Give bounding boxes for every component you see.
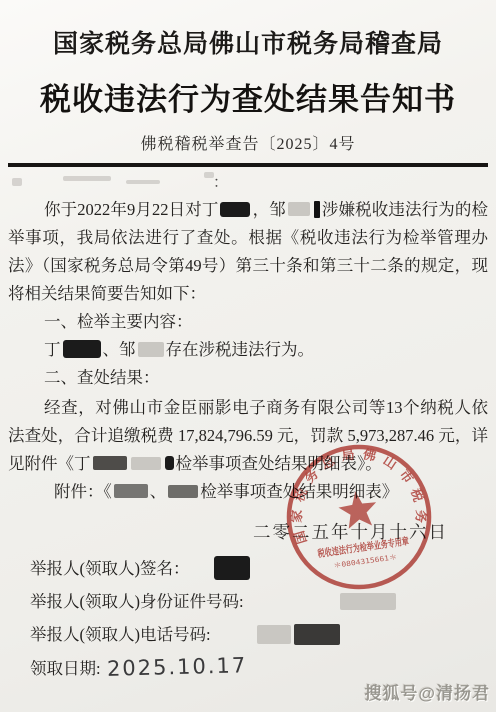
receipt-section: 举报人(领取人)签名： 举报人(领取人)身份证件号码: 举报人(领取人)电话号码… (0, 546, 496, 684)
document-header: 国家税务总局佛山市税务局稽查局 税收违法行为查处结果告知书 佛税稽税举查告〔20… (0, 0, 496, 154)
redacted-phone-1 (257, 625, 291, 644)
document-body: 你于2022年9月22日对丁，邹涉嫌税收违法行为的检举事项，我局依法进行了查处。… (0, 196, 496, 546)
section2-paragraph: 经查，对佛山市金臣丽影电子商务有限公司等13个纳税人依法查处，合计追缴税费 17… (8, 394, 488, 478)
redacted-name-2-bar (314, 201, 320, 218)
intro-text-2: ，邹 (252, 200, 285, 219)
redacted-name-8 (168, 485, 198, 498)
attachment-line: 附件：《、检举事项查处结果明细表》 (8, 478, 488, 506)
section1-heading: 一、检举主要内容： (8, 308, 488, 336)
issue-date: 二零二五年十月十六日 (8, 518, 488, 546)
attachment-text-3: 检举事项查处结果明细表》 (200, 482, 398, 501)
id-label: 举报人(领取人)身份证件号码: (30, 592, 244, 611)
signature-label: 举报人(领取人)签名： (30, 559, 190, 578)
section1-content: 丁、邹存在涉税违法行为。 (8, 336, 488, 364)
attachment-text-2: 、 (150, 482, 167, 501)
header-divider (8, 163, 488, 167)
redacted-name-6 (131, 457, 161, 470)
redacted-name-5 (93, 456, 127, 470)
paragraph-intro: 你于2022年9月22日对丁，邹涉嫌税收违法行为的检举事项，我局依法进行了查处。… (8, 196, 488, 308)
redacted-name-7 (114, 484, 148, 498)
redacted-signature (214, 556, 250, 580)
id-number-row: 举报人(领取人)身份证件号码: (30, 585, 488, 618)
signature-row: 举报人(领取人)签名： (30, 552, 488, 585)
redacted-recipient-mark (126, 180, 160, 184)
intro-text-1: 你于2022年9月22日对丁 (44, 200, 218, 219)
redacted-name-4 (138, 342, 164, 357)
redacted-recipient-mark (12, 178, 22, 186)
recipient-colon: ： (213, 171, 228, 192)
phone-label: 举报人(领取人)电话号码: (30, 625, 211, 644)
pickup-date-value: 2025.10.17 (106, 649, 247, 686)
redacted-name-6-bar (165, 456, 174, 470)
section2-text-2: 检举事项查处结果明细表》。 (176, 454, 382, 473)
agency-name: 国家税务总局佛山市税务局稽查局 (0, 24, 496, 60)
attachment-text-1: 附件：《 (54, 482, 112, 501)
redacted-name-2 (288, 202, 310, 216)
redacted-recipient-mark (63, 176, 111, 181)
source-watermark: 搜狐号@清扬君 (364, 679, 490, 704)
redacted-id-number (340, 593, 396, 610)
tax-notice-document: 国家税务总局佛山市税务局稽查局 税收违法行为查处结果告知书 佛税稽税举查告〔20… (0, 0, 496, 712)
redacted-phone-2 (294, 624, 340, 645)
document-number: 佛税稽税举查告〔2025〕4号 (0, 131, 496, 154)
section1-text-2: 、邹 (103, 340, 136, 359)
document-title: 税收违法行为查处结果告知书 (0, 74, 496, 119)
redacted-name-1 (220, 202, 250, 217)
section2-heading: 二、查处结果： (8, 364, 488, 392)
recipient-line: ： (8, 170, 488, 194)
section1-text-3: 存在涉税违法行为。 (166, 340, 315, 359)
phone-row: 举报人(领取人)电话号码: (30, 618, 488, 651)
section1-text-1: 丁 (44, 340, 61, 359)
pickup-date-label: 领取日期: (30, 659, 101, 678)
redacted-name-3 (63, 340, 101, 358)
